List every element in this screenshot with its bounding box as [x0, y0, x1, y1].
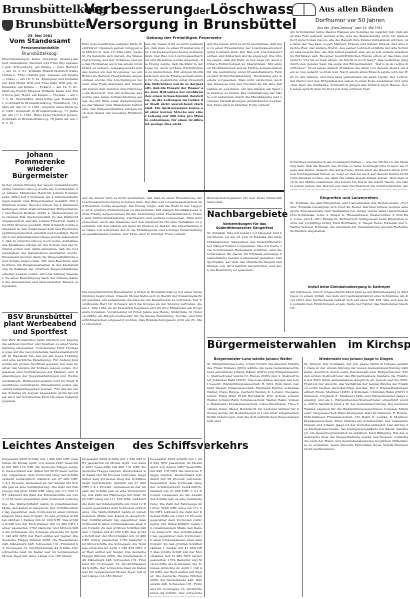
lohe-subtitle: Bürgermeister-Lohe wählte Johann Walter — [207, 357, 299, 361]
section-title-row: Aus allen Bänden — [292, 3, 408, 16]
dorfhumor-body-2: Schlichtes Gebetsbuch am Sonntagvormitta… — [290, 160, 408, 190]
column-rule — [284, 42, 285, 332]
section-rule — [148, 190, 284, 192]
divider — [2, 438, 202, 439]
article-bsv: BSV Brunsbüttel plant Werbeabend und Spo… — [2, 314, 78, 437]
open-book-icon — [292, 3, 316, 16]
headline-part-a: Verbesserung — [84, 2, 193, 18]
article-dingen: Wiederwahl von Johann Jaage in Dingen St… — [304, 357, 408, 598]
dingen-body: St. Dingen. Der Vollmann, der Joh. Jaage… — [304, 362, 408, 598]
nachbargebiete-body: St. Eddelak. Wie wir bereits vor längere… — [207, 231, 282, 311]
nachbargebiete-subtitle: Vorbereitungen für das Süderdithmarscher… — [207, 222, 282, 230]
headline-line2: Versorgung in Brunsbüttel — [87, 17, 296, 33]
bsv-title: BSV Brunsbüttel plant Werbeabend und Spo… — [2, 314, 78, 336]
loeschwasser-notes: Die hauptamtlichen Bauarbeiter wurden in… — [82, 290, 202, 432]
bmw-title-left: Bürgermeisterwahlen — [207, 339, 336, 351]
coat-of-arms-icon — [2, 20, 13, 31]
masthead-line2: Brunsbüttel — [15, 17, 89, 31]
masthead: Brunsbüttelkoog Brunsbüttel 25. Mai 1961 — [2, 2, 78, 38]
ringreiten-body: St. Eddelak. An dem Ringreiten- und Lanz… — [290, 201, 408, 283]
column-rule — [144, 42, 145, 182]
masthead-line1: Brunsbüttelkoog — [2, 2, 78, 16]
loeschwasser-body-col2: Auf die Dauer wird es nicht ausbleiben, … — [145, 42, 203, 180]
dorfhumor-body: Als Schönfelder teilte Paulus Hansen am … — [290, 30, 408, 158]
ringreiten-title: Ringreiten und Lanzenreiten — [290, 196, 408, 200]
divider — [207, 337, 408, 338]
schiffsverkehr-title-left: Leichtes Ansteigen — [2, 440, 115, 452]
column-rule — [148, 457, 149, 597]
loeschwasser-body-col1: Eine gute bewältigte Aufgabe hatte Wehrf… — [82, 42, 142, 180]
buergermeisterwahlen-headline: Bürgermeisterwahlen im Kirchspiel Eddela… — [207, 340, 408, 351]
lohe-body: St. Bürgermeister-Lohe. Unter Vorsitz de… — [207, 362, 299, 598]
main-headline: VerbesserungderLöschwasser- Versorgung i… — [84, 3, 300, 32]
schiffsverkehr-body-col1: Insgesamt 3008 Schiffe mit 1 390 090 NRT… — [2, 457, 78, 597]
section-title: Aus allen Bänden — [319, 5, 394, 14]
standesamt-body: Eheschließungen: keine. Geburten: Stefan… — [2, 57, 78, 147]
main-subtitle: Uebung der Freiwilligen Feuerwehr — [84, 35, 284, 40]
ringreiten-sub: Unfall beim Kleinbahnübergang in Kattrep… — [290, 285, 408, 289]
pommerenke-title: Johann Pommerenke wieder Bürgermeister — [2, 152, 78, 181]
article-lohe: Bürgermeister-Lohe wählte Johann Walter … — [207, 357, 299, 598]
schiffsverkehr-body-col2: Insgesamt 3008 Schiffe mit 1 390 090 NRT… — [82, 457, 146, 597]
ringreiten-body2: Am Kattrepel. Durch Ungeschicklichkeit k… — [290, 290, 408, 320]
headline-part-b: der — [193, 7, 210, 17]
column-rule — [80, 457, 81, 597]
section-aus-allen-baenden: Aus allen Bänden Dorfhumor vor 50 Jahren… — [292, 3, 408, 30]
article-nachbargebiete: Nachbargebiete Vorbereitungen für das Sü… — [207, 211, 282, 311]
dorfhumor-title: Dorfhumor vor 50 Jahren — [292, 19, 408, 25]
dingen-subtitle: Wiederwahl von Johann Jaage in Dingen — [304, 357, 408, 361]
column-rule — [302, 357, 303, 597]
column-rule — [204, 42, 205, 597]
loeschwasser-bold: Die Wehrführer wurde es dargestellt, daß… — [145, 82, 203, 178]
schiffsverkehr-body-col3: Insgesamt 3008 Schiffe mit 1 390 090 NRT… — [150, 457, 202, 597]
loeschwasser-intro-cont: Auf die Dauer wird es nicht ausbleiben, … — [145, 42, 203, 82]
standesamt-place: Brunsbüttelkoog: — [2, 51, 78, 56]
bmw-title-right: im Kirchspiel Eddelak — [348, 339, 410, 351]
masthead-line2-row: Brunsbüttel — [2, 17, 78, 31]
loeschwasser-continued: Auf die Dauer wird es nicht ausbleiben, … — [82, 196, 202, 286]
pommerenke-body: In der ersten Sitzung der neuen Gemeinde… — [2, 183, 78, 313]
standesamt-subtitle: Personenstandsfälle — [2, 46, 78, 50]
nachbargebiete-title: Nachbargebiete — [207, 211, 282, 220]
article-pommerenke: Johann Pommerenke wieder Bürgermeister I… — [2, 152, 78, 313]
article-ringreiten: Ringreiten und Lanzenreiten St. Eddelak.… — [290, 196, 408, 320]
divider — [207, 208, 282, 209]
schiffsverkehr-headline: Leichtes Ansteigen des Schiffsverkehrs — [2, 441, 202, 452]
article-standesamt: Vom Standesamt Personenstandsfälle Bruns… — [2, 38, 78, 147]
loeschwasser-body-col3: Auf die Dauer wird es nicht ausbleiben, … — [207, 42, 282, 180]
bsv-body: Der BSV Brunsbüttel hatte kürzlich zur T… — [2, 338, 78, 437]
standesamt-title: Vom Standesamt — [2, 38, 78, 45]
column-rule — [80, 38, 81, 438]
small-notice: Brandschutzingenieur für den Kreis Süder… — [207, 196, 282, 206]
